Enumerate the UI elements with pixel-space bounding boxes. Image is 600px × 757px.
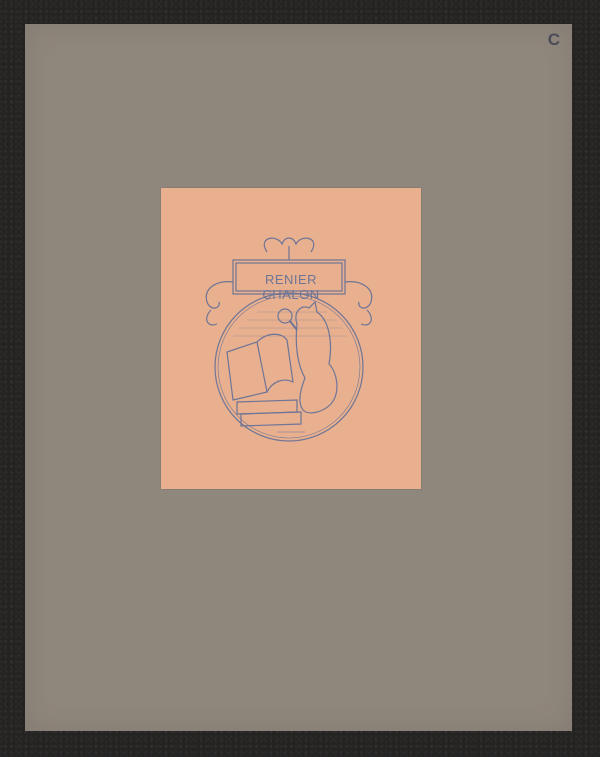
bookplate: RENIER CHALON bbox=[161, 188, 421, 489]
bookplate-title: RENIER CHALON bbox=[235, 272, 347, 302]
corner-mark: C bbox=[548, 30, 560, 50]
bookplate-illustration bbox=[197, 232, 381, 446]
gray-mount-card: C bbox=[25, 24, 572, 731]
